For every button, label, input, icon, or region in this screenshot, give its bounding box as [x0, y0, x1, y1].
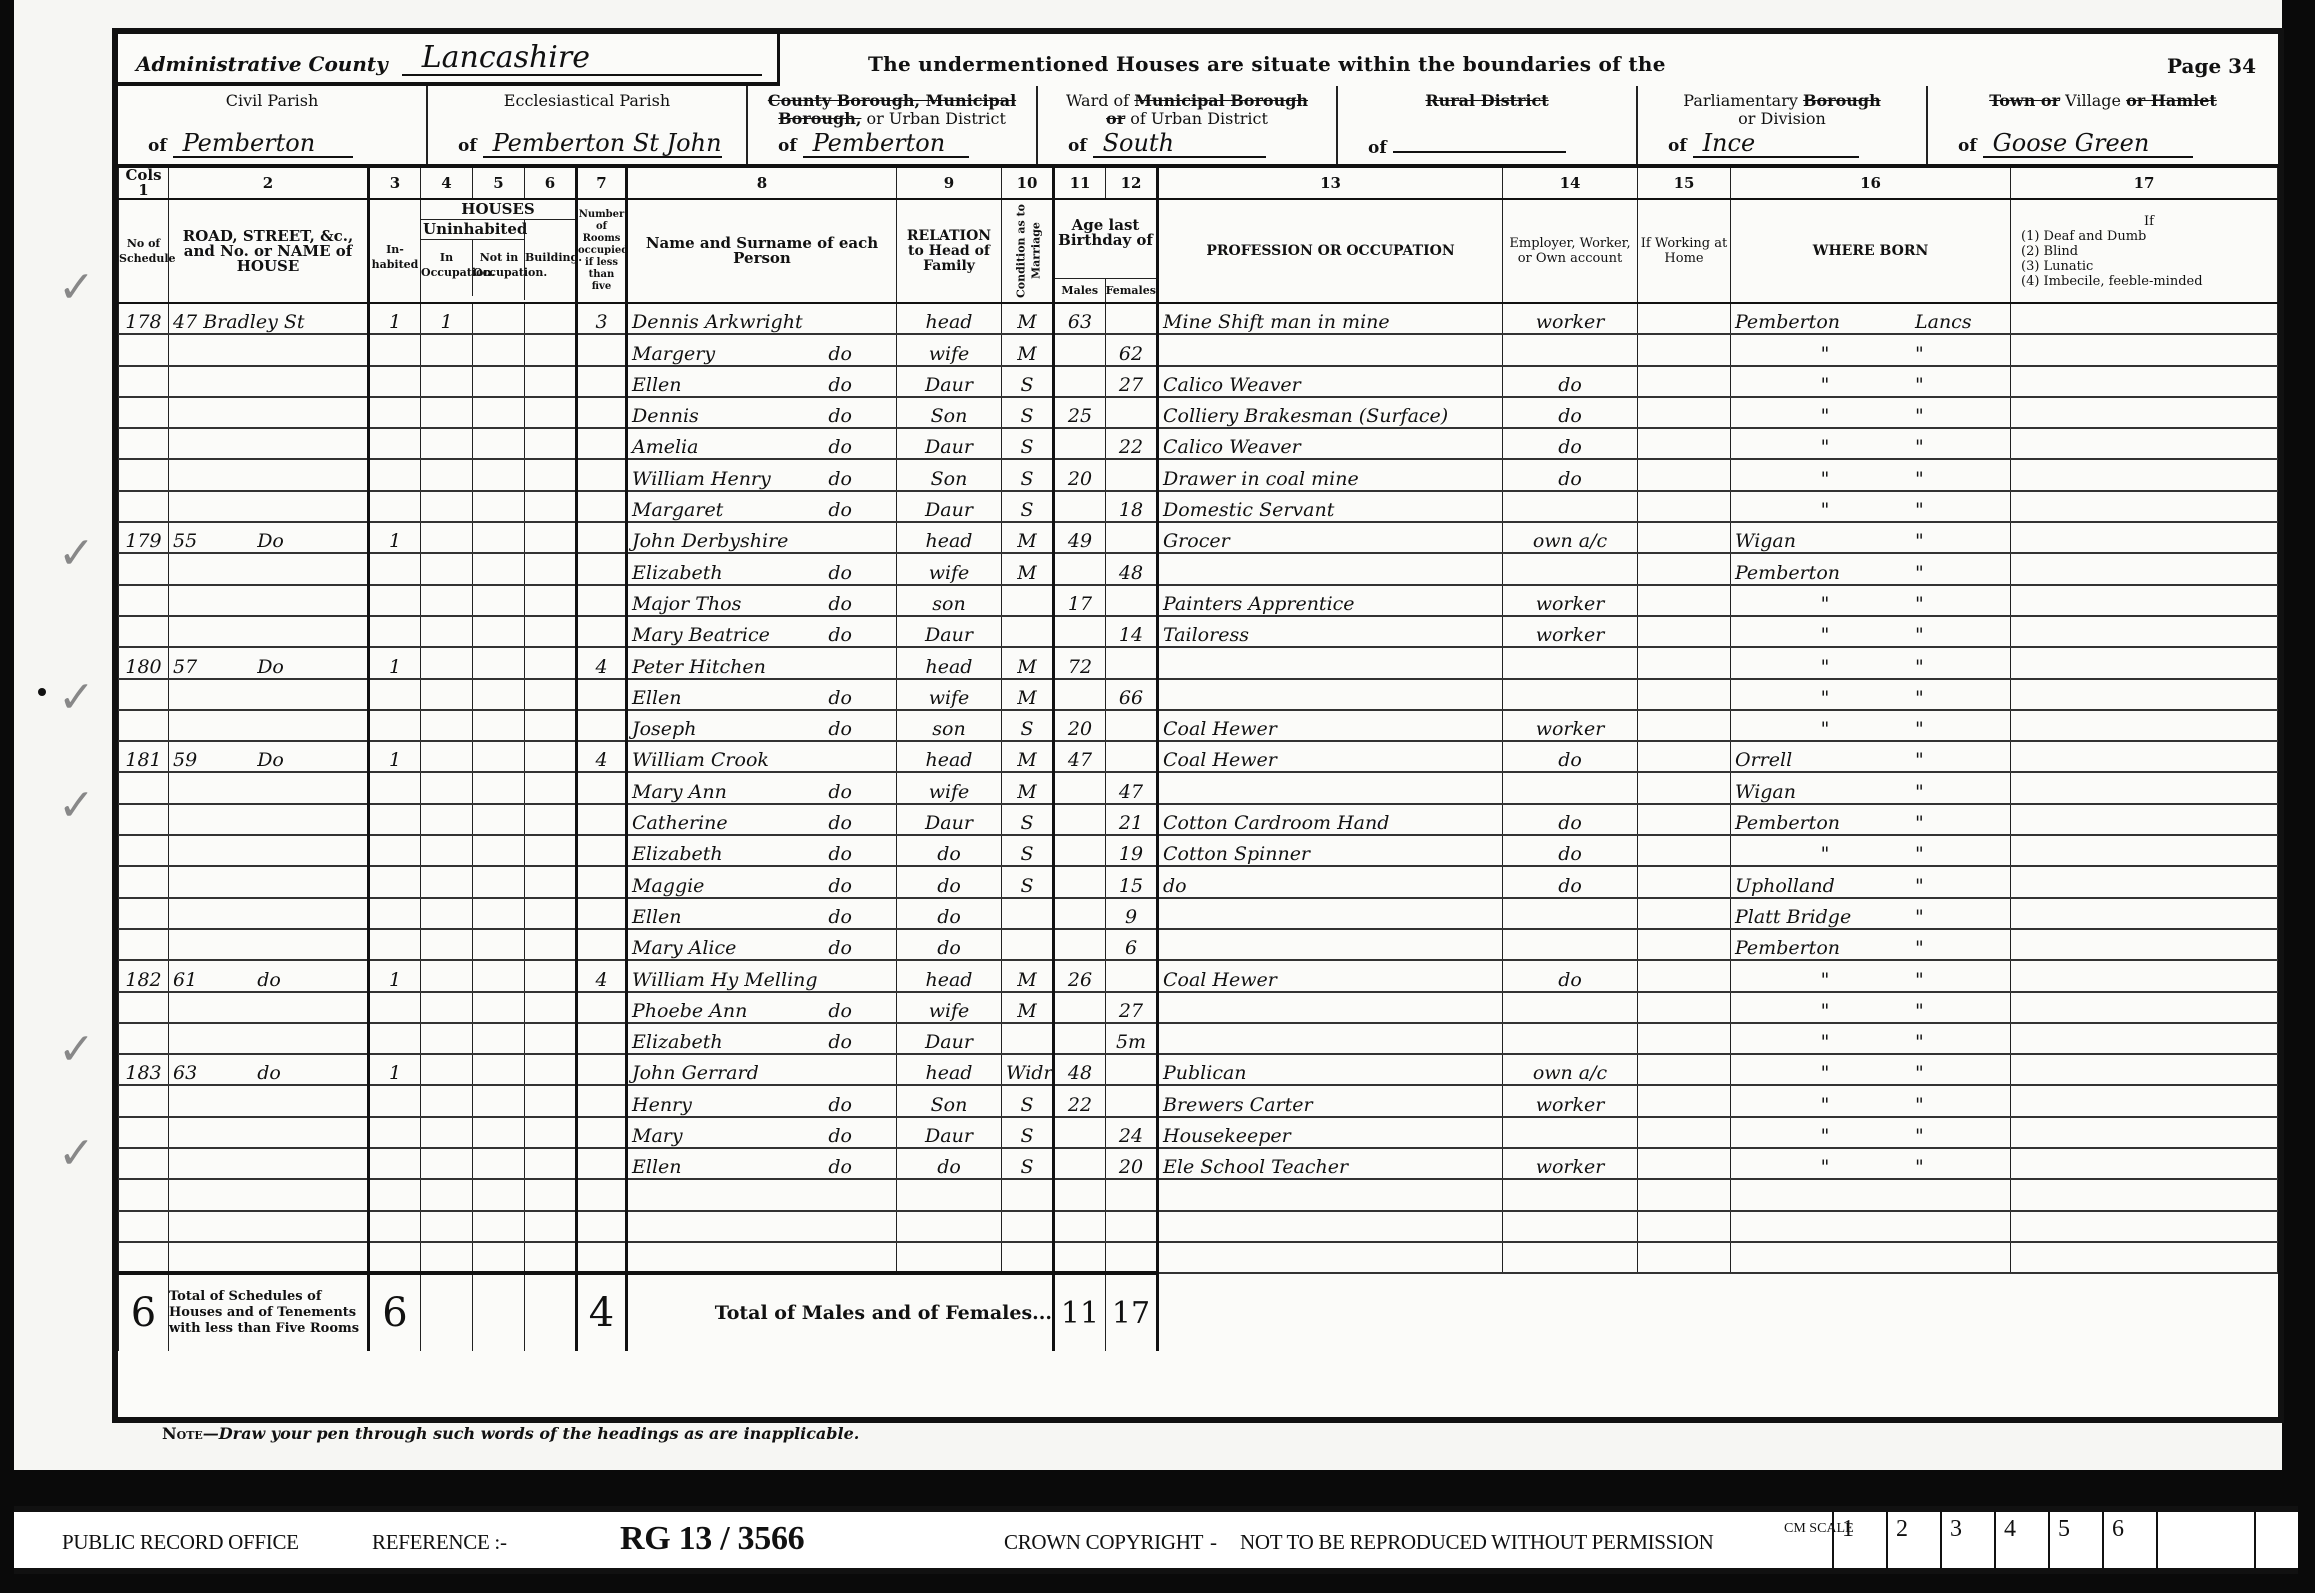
- not-in-occupation: [473, 459, 525, 490]
- census-row: AmeliadoDaurS22Calico Weaverdo"": [119, 428, 2278, 459]
- census-row: MargaretdoDaurS18Domestic Servant"": [119, 491, 2278, 522]
- male-age: 20: [1054, 710, 1106, 741]
- forename: Ellen: [632, 906, 682, 928]
- relation-to-head: wife: [897, 772, 1002, 803]
- surname-ditto: do: [828, 374, 852, 396]
- female-age: [1106, 647, 1158, 678]
- rooms-count: [577, 1148, 627, 1179]
- schedule-number: [119, 428, 169, 459]
- birth-place: ": [1735, 1062, 1915, 1084]
- house-address: [169, 366, 369, 397]
- working-at-home: [1638, 647, 1731, 678]
- employment-status: do: [1503, 960, 1638, 991]
- house-address: [169, 772, 369, 803]
- district-row: Civil Parish of Pemberton Ecclesiastical…: [118, 86, 2278, 168]
- birth-place: Pemberton: [1735, 937, 1915, 959]
- person-name: John Derbyshire: [627, 522, 897, 553]
- in-occupation: [421, 366, 473, 397]
- birthplace: Pemberton": [1731, 929, 2011, 960]
- males-label: Males: [1055, 279, 1106, 302]
- not-in-occupation: [473, 1242, 525, 1273]
- forename: Joseph: [632, 718, 696, 740]
- surname-ditto: do: [828, 624, 852, 646]
- rooms-count: 4: [577, 647, 627, 678]
- col-number: 14: [1503, 168, 1638, 199]
- employment-status: [1503, 992, 1638, 1023]
- total-schedules: 6: [119, 1273, 169, 1351]
- marital-condition: M: [1002, 772, 1054, 803]
- col-number: 4: [421, 168, 473, 199]
- relation-to-head: son: [897, 585, 1002, 616]
- birthplace: "": [1731, 366, 2011, 397]
- birth-county: ": [1915, 687, 1924, 709]
- birthplace: Upholland": [1731, 866, 2011, 897]
- working-at-home: [1638, 960, 1731, 991]
- birth-county: ": [1915, 937, 1924, 959]
- birth-county: ": [1915, 656, 1924, 678]
- rooms-count: [577, 1085, 627, 1116]
- civil-parish-label: Civil Parish: [118, 92, 426, 110]
- schedule-number: [119, 616, 169, 647]
- census-page: ✓ ✓ ✓ ✓ ✓ ✓ Administrative County Lancas…: [14, 0, 2282, 1470]
- forename: Ellen: [632, 687, 682, 709]
- relation-to-head: do: [897, 835, 1002, 866]
- prefix: of: [1668, 136, 1687, 156]
- label: Ward of: [1066, 91, 1129, 110]
- birthplace: "": [1731, 679, 2011, 710]
- female-age: [1106, 459, 1158, 490]
- occupation: Coal Hewer: [1158, 960, 1503, 991]
- surname-ditto: do: [828, 781, 852, 803]
- marital-condition: M: [1002, 303, 1054, 334]
- female-age: [1106, 1054, 1158, 1085]
- employment-status: [1503, 679, 1638, 710]
- infirmity: [2011, 334, 2278, 365]
- col-number: 10: [1002, 168, 1054, 199]
- struck-label: Town or: [1989, 91, 2060, 110]
- rooms-count: [577, 585, 627, 616]
- male-age: [1054, 804, 1106, 835]
- birthplace: [1731, 1179, 2011, 1210]
- house-address: [169, 710, 369, 741]
- building: [525, 1023, 577, 1054]
- not-in-occupation: [473, 647, 525, 678]
- building: [525, 647, 577, 678]
- working-at-home: [1638, 992, 1731, 1023]
- inhabited-count: [369, 428, 421, 459]
- surname-ditto: do: [828, 1031, 852, 1053]
- house-address: [169, 1023, 369, 1054]
- not-in-occupation: [473, 741, 525, 772]
- check-mark-icon: ✓: [58, 780, 95, 831]
- inhabited-count: [369, 1179, 421, 1210]
- house-address: [169, 616, 369, 647]
- rooms-count: [577, 1242, 627, 1273]
- schedule-number: [119, 929, 169, 960]
- birth-place: ": [1735, 1125, 1915, 1147]
- forename: Major Thos: [632, 593, 741, 615]
- column-header-row: No of Schedule ROAD, STREET, &c., and No…: [119, 199, 2278, 303]
- schedule-number: [119, 804, 169, 835]
- header-at-home: If Working at Home: [1638, 199, 1731, 303]
- female-age: [1106, 1242, 1158, 1273]
- relation-to-head: head: [897, 1054, 1002, 1085]
- birthplace: "": [1731, 647, 2011, 678]
- census-row: ElizabethdoDaur5m"": [119, 1023, 2278, 1054]
- occupation: Coal Hewer: [1158, 710, 1503, 741]
- marital-condition: S: [1002, 397, 1054, 428]
- inhabited-label: In-habited: [372, 243, 419, 271]
- person-name: Major Thosdo: [627, 585, 897, 616]
- employment-status: [1503, 1179, 1638, 1210]
- not-in-occupation: [473, 553, 525, 584]
- col-number: Cols 1: [119, 168, 169, 199]
- forename: Catherine: [632, 812, 728, 834]
- street-ditto: do: [257, 969, 281, 991]
- schedule-number: [119, 835, 169, 866]
- house-address: [169, 866, 369, 897]
- scale-mark: 3: [1940, 1512, 1994, 1568]
- building: [525, 1211, 577, 1242]
- reference-label: REFERENCE :-: [372, 1530, 507, 1555]
- forename: Elizabeth: [632, 843, 723, 865]
- forename: Henry: [632, 1094, 692, 1116]
- surname-ditto: do: [828, 562, 852, 584]
- birth-place: Upholland: [1735, 875, 1915, 897]
- building: [525, 334, 577, 365]
- infirmity: [2011, 1211, 2278, 1242]
- schedule-number: [119, 491, 169, 522]
- employment-status: [1503, 1242, 1638, 1273]
- check-mark-icon: ✓: [58, 672, 95, 723]
- surname-ditto: do: [828, 343, 852, 365]
- person-name: Margaretdo: [627, 491, 897, 522]
- header-employer: Employer, Worker, or Own account: [1503, 199, 1638, 303]
- building: [525, 960, 577, 991]
- birth-place: ": [1735, 1031, 1915, 1053]
- not-in-occupation: [473, 522, 525, 553]
- birth-place: ": [1735, 468, 1915, 490]
- building: [525, 710, 577, 741]
- rural-district-field: of: [1368, 138, 1616, 158]
- working-at-home: [1638, 866, 1731, 897]
- birth-place: ": [1735, 374, 1915, 396]
- uninhabited-label: Uninhabited: [421, 220, 524, 240]
- infirmity: [2011, 835, 2278, 866]
- birth-place: Wigan: [1735, 530, 1915, 552]
- col-number: 3: [369, 168, 421, 199]
- birth-county: ": [1915, 1000, 1924, 1022]
- building: [525, 491, 577, 522]
- working-at-home: [1638, 1054, 1731, 1085]
- working-at-home: [1638, 334, 1731, 365]
- birth-place: ": [1735, 436, 1915, 458]
- inhabited-count: [369, 459, 421, 490]
- house-address: [169, 1211, 369, 1242]
- building: [525, 522, 577, 553]
- male-age: 72: [1054, 647, 1106, 678]
- forename: Mary Alice: [632, 937, 736, 959]
- person-name: Phoebe Anndo: [627, 992, 897, 1023]
- house-address: [169, 553, 369, 584]
- rooms-count: [577, 1117, 627, 1148]
- working-at-home: [1638, 459, 1731, 490]
- male-age: 25: [1054, 397, 1106, 428]
- in-occupation: [421, 804, 473, 835]
- not-in-occupation: [473, 1148, 525, 1179]
- employment-status: [1503, 334, 1638, 365]
- in-occupation: [421, 553, 473, 584]
- employment-status: do: [1503, 428, 1638, 459]
- schedule-number: [119, 679, 169, 710]
- census-row: 17847 Bradley St113Dennis ArkwrightheadM…: [119, 303, 2278, 334]
- male-age: [1054, 1179, 1106, 1210]
- employment-status: do: [1503, 459, 1638, 490]
- occupation: Mine Shift man in mine: [1158, 303, 1503, 334]
- employment-status: [1503, 1023, 1638, 1054]
- boundaries-title: The undermentioned Houses are situate wi…: [868, 52, 1666, 76]
- check-mark-icon: ✓: [58, 1024, 95, 1075]
- marital-condition: S: [1002, 428, 1054, 459]
- surname-ditto: do: [828, 1000, 852, 1022]
- birth-place: Pemberton: [1735, 311, 1915, 333]
- forename: Elizabeth: [632, 1031, 723, 1053]
- struck-label: Borough,: [778, 109, 861, 128]
- in-occupation: [421, 616, 473, 647]
- female-age: 27: [1106, 992, 1158, 1023]
- struck-label: Borough: [1803, 91, 1881, 110]
- male-age: 47: [1054, 741, 1106, 772]
- male-age: [1054, 1117, 1106, 1148]
- rooms-count: [577, 522, 627, 553]
- birthplace: "": [1731, 1117, 2011, 1148]
- inhabited-count: [369, 1117, 421, 1148]
- employment-status: worker: [1503, 1148, 1638, 1179]
- marital-condition: [1002, 1211, 1054, 1242]
- in-occupation: [421, 459, 473, 490]
- birthplace: "": [1731, 1148, 2011, 1179]
- record-office: PUBLIC RECORD OFFICE: [62, 1530, 299, 1555]
- birth-place: ": [1735, 405, 1915, 427]
- female-age: 20: [1106, 1148, 1158, 1179]
- house-address: 59Do: [169, 741, 369, 772]
- house-number: 47 Bradley St: [173, 311, 305, 333]
- birthplace: "": [1731, 585, 2011, 616]
- house-address: [169, 1117, 369, 1148]
- occupation: [1158, 1023, 1503, 1054]
- inhabited-count: [369, 1211, 421, 1242]
- building: [525, 1179, 577, 1210]
- census-row: Mary BeatricedoDaur14Tailoressworker"": [119, 616, 2278, 647]
- birth-county: ": [1915, 969, 1924, 991]
- person-name: Ellendo: [627, 898, 897, 929]
- inhabited-count: [369, 1242, 421, 1273]
- infirmity: [2011, 1179, 2278, 1210]
- civil-parish-value: Pemberton: [173, 130, 354, 158]
- relation-to-head: do: [897, 1148, 1002, 1179]
- inhabited-count: [369, 898, 421, 929]
- female-age: 14: [1106, 616, 1158, 647]
- employment-status: do: [1503, 741, 1638, 772]
- forename: Margery: [632, 343, 715, 365]
- forename: Margaret: [632, 499, 723, 521]
- census-rows: 17847 Bradley St113Dennis ArkwrightheadM…: [119, 303, 2278, 1273]
- male-age: 26: [1054, 960, 1106, 991]
- female-age: [1106, 1179, 1158, 1210]
- birthplace: "": [1731, 428, 2011, 459]
- building: [525, 366, 577, 397]
- female-age: 9: [1106, 898, 1158, 929]
- occupation: [1158, 772, 1503, 803]
- building: [525, 1085, 577, 1116]
- infirmity-option: (2) Blind: [2021, 244, 2277, 259]
- marital-condition: S: [1002, 710, 1054, 741]
- rooms-count: [577, 835, 627, 866]
- rooms-count: 3: [577, 303, 627, 334]
- surname-ditto: do: [828, 436, 852, 458]
- occupation: Domestic Servant: [1158, 491, 1503, 522]
- rural-district-label: Rural District: [1338, 92, 1636, 110]
- street-ditto: Do: [257, 749, 284, 771]
- forename: Mary: [632, 1125, 683, 1147]
- in-occupation: [421, 772, 473, 803]
- schedule-number: [119, 772, 169, 803]
- occupation: [1158, 898, 1503, 929]
- struck-label: or: [1106, 109, 1125, 128]
- employment-status: [1503, 647, 1638, 678]
- surname-ditto: do: [828, 906, 852, 928]
- birth-county: ": [1915, 749, 1924, 771]
- occupation: Tailoress: [1158, 616, 1503, 647]
- col-number: 13: [1158, 168, 1503, 199]
- male-age: [1054, 679, 1106, 710]
- birth-place: ": [1735, 656, 1915, 678]
- male-age: [1054, 1148, 1106, 1179]
- male-age: [1054, 1023, 1106, 1054]
- person-name: Mary Beatricedo: [627, 616, 897, 647]
- employment-status: [1503, 1117, 1638, 1148]
- male-age: [1054, 929, 1106, 960]
- header-condition: Condition as to Marriage: [1002, 199, 1054, 303]
- infirmity: [2011, 397, 2278, 428]
- schedule-number: [119, 1179, 169, 1210]
- marital-condition: M: [1002, 741, 1054, 772]
- rooms-count: [577, 1054, 627, 1085]
- schedule-number: [119, 898, 169, 929]
- village-field: of Goose Green: [1958, 130, 2258, 158]
- inhabited-count: [369, 772, 421, 803]
- rooms-count: [577, 491, 627, 522]
- administrative-county: Administrative County Lancashire: [118, 34, 780, 86]
- building: [525, 929, 577, 960]
- in-occupation: [421, 647, 473, 678]
- infirmity: [2011, 428, 2278, 459]
- person-name: [627, 1179, 897, 1210]
- rooms-count: [577, 1179, 627, 1210]
- rural-district-value: [1393, 151, 1567, 153]
- schedule-number: [119, 992, 169, 1023]
- birth-place: ": [1735, 1094, 1915, 1116]
- marital-condition: S: [1002, 491, 1054, 522]
- person-name: Mary Anndo: [627, 772, 897, 803]
- infirmity: [2011, 522, 2278, 553]
- occupation: Grocer: [1158, 522, 1503, 553]
- person-name: Margerydo: [627, 334, 897, 365]
- in-occupation: [421, 835, 473, 866]
- occupation: Painters Apprentice: [1158, 585, 1503, 616]
- marital-condition: [1002, 929, 1054, 960]
- male-age: 20: [1054, 459, 1106, 490]
- inhabited-count: [369, 929, 421, 960]
- in-occupation: [421, 960, 473, 991]
- not-in-occupation: [473, 866, 525, 897]
- census-row: Mary AnndowifeM47Wigan": [119, 772, 2278, 803]
- forename: Ellen: [632, 374, 682, 396]
- person-name: Henrydo: [627, 1085, 897, 1116]
- in-occupation: [421, 898, 473, 929]
- in-occupation: [421, 1148, 473, 1179]
- male-age: 63: [1054, 303, 1106, 334]
- female-age: 18: [1106, 491, 1158, 522]
- rooms-count: [577, 679, 627, 710]
- employment-status: worker: [1503, 710, 1638, 741]
- birthplace: "": [1731, 835, 2011, 866]
- occupation: Housekeeper: [1158, 1117, 1503, 1148]
- employment-status: do: [1503, 397, 1638, 428]
- prefix: of: [1958, 136, 1977, 156]
- census-row: ElizabethdowifeM48Pemberton": [119, 553, 2278, 584]
- marital-condition: [1002, 898, 1054, 929]
- in-occupation: [421, 992, 473, 1023]
- total-rooms: 4: [577, 1273, 627, 1351]
- col-number: 11: [1054, 168, 1106, 199]
- occupation: Drawer in coal mine: [1158, 459, 1503, 490]
- relation-to-head: Daur: [897, 366, 1002, 397]
- surname-ditto: do: [828, 812, 852, 834]
- not-in-occupation: [473, 585, 525, 616]
- infirmity: [2011, 741, 2278, 772]
- admin-county-value: Lancashire: [402, 42, 762, 76]
- male-age: [1054, 992, 1106, 1023]
- marital-condition: [1002, 1242, 1054, 1273]
- working-at-home: [1638, 835, 1731, 866]
- ecclesiastical-parish-field: of Pemberton St John: [458, 130, 726, 158]
- urban-district-value: Pemberton: [803, 130, 970, 158]
- birth-county: ": [1915, 1094, 1924, 1116]
- occupation: Cotton Cardroom Hand: [1158, 804, 1503, 835]
- occupation: [1158, 1179, 1503, 1210]
- forename: Maggie: [632, 875, 704, 897]
- rooms-count: [577, 334, 627, 365]
- occupation: Cotton Spinner: [1158, 835, 1503, 866]
- surname-ditto: do: [828, 875, 852, 897]
- occupation: Colliery Brakesman (Surface): [1158, 397, 1503, 428]
- schedule-number: [119, 585, 169, 616]
- not-in-occupation: [473, 616, 525, 647]
- person-name: [627, 1242, 897, 1273]
- infirmity-option: (3) Lunatic: [2021, 259, 2277, 274]
- infirmity-if: If: [2021, 214, 2277, 229]
- admin-county-label: Administrative County: [136, 52, 388, 76]
- employment-status: [1503, 772, 1638, 803]
- infirmity: [2011, 1242, 2278, 1273]
- check-mark-icon: ✓: [58, 528, 95, 579]
- male-age: [1054, 334, 1106, 365]
- surname-ditto: do: [828, 1156, 852, 1178]
- marital-condition: [1002, 1179, 1054, 1210]
- birthplace: Pemberton": [1731, 553, 2011, 584]
- male-age: [1054, 491, 1106, 522]
